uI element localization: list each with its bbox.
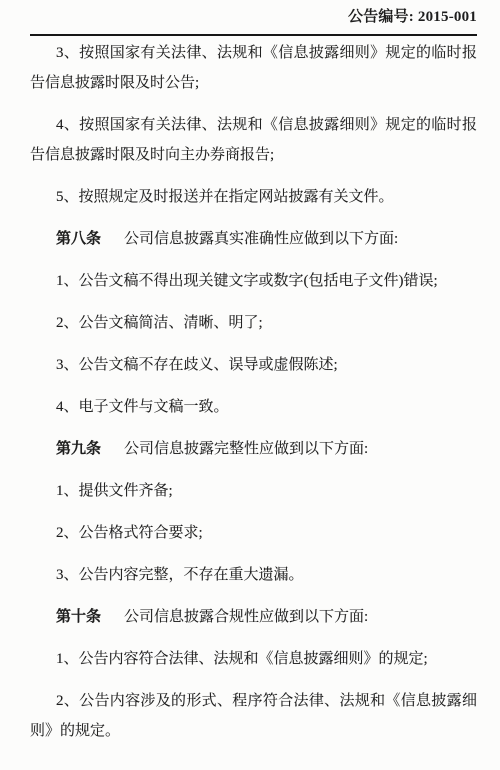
paragraph: 3、按照国家有关法律、法规和《信息披露细则》规定的临时报告信息披露时限及时公告; (30, 38, 477, 98)
article-title: 公司信息披露真实准确性应做到以下方面: (124, 231, 398, 247)
paragraph: 1、公告文稿不得出现关键文字或数字(包括电子文件)错误; (30, 266, 477, 296)
paragraph: 3、公告内容完整，不存在重大遗漏。 (30, 560, 477, 590)
article-heading: 第十条公司信息披露合规性应做到以下方面: (30, 602, 477, 632)
paragraph: 2、公告文稿简洁、清晰、明了; (30, 308, 477, 338)
article-number: 第十条 (56, 609, 101, 625)
paragraph: 1、公告内容符合法律、法规和《信息披露细则》的规定; (30, 644, 477, 674)
article-number: 第八条 (56, 231, 101, 247)
article-title: 公司信息披露完整性应做到以下方面: (124, 441, 368, 457)
page-header: 公告编号: 2015-001 (30, 8, 477, 26)
paragraph: 5、按照规定及时报送并在指定网站披露有关文件。 (30, 182, 477, 212)
article-number: 第九条 (56, 441, 101, 457)
document-page: 公告编号: 2015-001 3、按照国家有关法律、法规和《信息披露细则》规定的… (0, 0, 500, 770)
paragraph: 4、按照国家有关法律、法规和《信息披露细则》规定的临时报告信息披露时限及时向主办… (30, 110, 477, 170)
article-heading: 第九条公司信息披露完整性应做到以下方面: (30, 434, 477, 464)
paragraph: 1、提供文件齐备; (30, 476, 477, 506)
paragraph: 4、电子文件与文稿一致。 (30, 392, 477, 422)
article-heading: 第八条公司信息披露真实准确性应做到以下方面: (30, 224, 477, 254)
header-divider (30, 34, 477, 36)
announcement-number: 公告编号: 2015-001 (348, 9, 477, 25)
document-body: 3、按照国家有关法律、法规和《信息披露细则》规定的临时报告信息披露时限及时公告;… (30, 38, 477, 746)
paragraph: 2、公告内容涉及的形式、程序符合法律、法规和《信息披露细则》的规定。 (30, 686, 477, 746)
paragraph: 3、公告文稿不存在歧义、误导或虚假陈述; (30, 350, 477, 380)
paragraph: 2、公告格式符合要求; (30, 518, 477, 548)
article-title: 公司信息披露合规性应做到以下方面: (124, 609, 368, 625)
